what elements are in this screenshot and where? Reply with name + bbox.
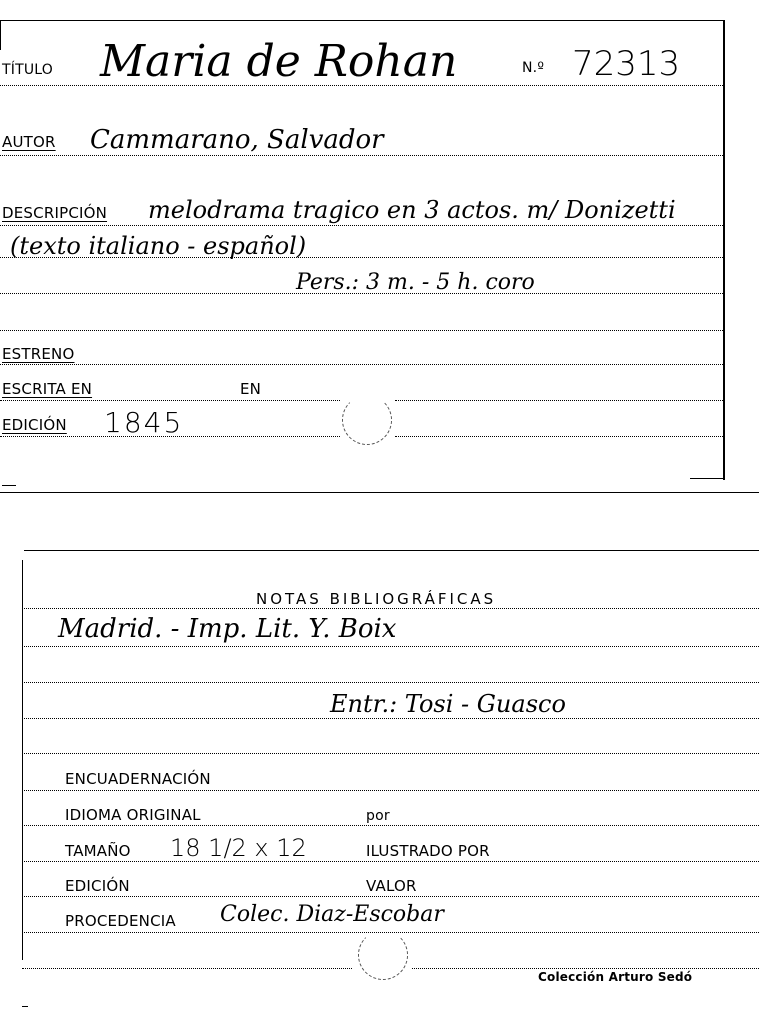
- field-label-descripcion: DESCRIPCIÓN: [2, 204, 107, 222]
- field-value-titulo: Maria de Rohan: [100, 36, 457, 87]
- field-label-idioma-original: IDIOMA ORIGINAL: [65, 806, 201, 824]
- card-left-border: [0, 20, 1, 50]
- descripcion-line-2: (texto italiano - español): [10, 232, 306, 260]
- line-bottom-left: [22, 968, 352, 969]
- line-edicion-left: [0, 436, 340, 437]
- card-right-border: [723, 20, 725, 480]
- descripcion-line-3: Pers.: 3 m. - 5 h. coro: [296, 270, 535, 295]
- field-label-por: por: [366, 808, 390, 824]
- line-descripcion-1: [0, 225, 723, 226]
- line-bottom-right: [412, 968, 759, 969]
- notas-heading: NOTAS BIBLIOGRÁFICAS: [256, 590, 496, 608]
- field-label-edicion: EDICIÓN: [2, 416, 67, 434]
- nota-line-2: Entr.: Tosi - Guasco: [330, 690, 566, 718]
- field-label-tamano: TAMAÑO: [65, 842, 131, 860]
- collection-footer: Colección Arturo Sedó: [538, 970, 692, 984]
- field-label-escrita-en: ESCRITA EN: [2, 380, 92, 398]
- line-descripcion-2: [0, 257, 723, 258]
- field-label-titulo: TÍTULO: [2, 62, 53, 78]
- line-escrita-en-left: [0, 400, 340, 401]
- field-label-ilustrado-por: ILUSTRADO POR: [366, 842, 490, 860]
- field-label-procedencia: PROCEDENCIA: [65, 912, 176, 930]
- line-descripcion-4: [0, 330, 723, 331]
- field-value-tamano: 18 1/2 x 12: [170, 834, 307, 862]
- descripcion-line-1: melodrama tragico en 3 actos. m/ Donizet…: [148, 196, 676, 224]
- line-nota-3: [22, 718, 759, 719]
- line-encuadernacion: [22, 790, 759, 791]
- field-label-autor: AUTOR: [2, 133, 56, 151]
- catalog-card-front: TÍTULO Maria de Rohan N.º 72313 AUTOR Ca…: [0, 0, 759, 500]
- nota-line-1: Madrid. - Imp. Lit. Y. Boix: [58, 614, 396, 644]
- line-descripcion-3: [0, 293, 723, 294]
- line-titulo: [0, 85, 723, 86]
- field-label-valor: VALOR: [366, 877, 417, 895]
- field-label-en: EN: [240, 380, 261, 398]
- card-bottom-mark: [2, 485, 16, 486]
- card-bottom-right-mark: [690, 478, 724, 479]
- field-label-encuadernacion: ENCUADERNACIÓN: [65, 770, 211, 788]
- field-value-edicion: 1845: [104, 406, 183, 439]
- line-tamano: [22, 861, 759, 862]
- line-estreno: [0, 364, 723, 365]
- catalog-card-back: NOTAS BIBLIOGRÁFICAS Madrid. - Imp. Lit.…: [0, 500, 759, 1028]
- line-autor: [0, 155, 723, 156]
- line-nota-4: [22, 753, 759, 754]
- punch-hole: [358, 930, 408, 980]
- field-value-procedencia: Colec. Diaz-Escobar: [220, 902, 444, 927]
- card-left-border: [22, 560, 23, 960]
- field-value-autor: Cammarano, Salvador: [90, 125, 384, 155]
- field-label-numero: N.º: [522, 60, 544, 76]
- line-edicion-back: [22, 896, 759, 897]
- field-value-numero: 72313: [572, 44, 680, 84]
- line-idioma-original: [22, 825, 759, 826]
- line-escrita-en-right: [395, 400, 723, 401]
- line-nota-1: [22, 646, 759, 647]
- card-top-border: [24, 550, 759, 551]
- card-top-border: [0, 20, 725, 21]
- field-label-estreno: ESTRENO: [2, 345, 75, 363]
- line-heading: [22, 608, 759, 609]
- line-edicion-right: [395, 436, 723, 437]
- card-separator: [0, 492, 759, 493]
- line-nota-2: [22, 682, 759, 683]
- punch-hole: [342, 395, 392, 445]
- card-bottom-mark: [22, 1006, 28, 1007]
- field-label-edicion-back: EDICIÓN: [65, 877, 130, 895]
